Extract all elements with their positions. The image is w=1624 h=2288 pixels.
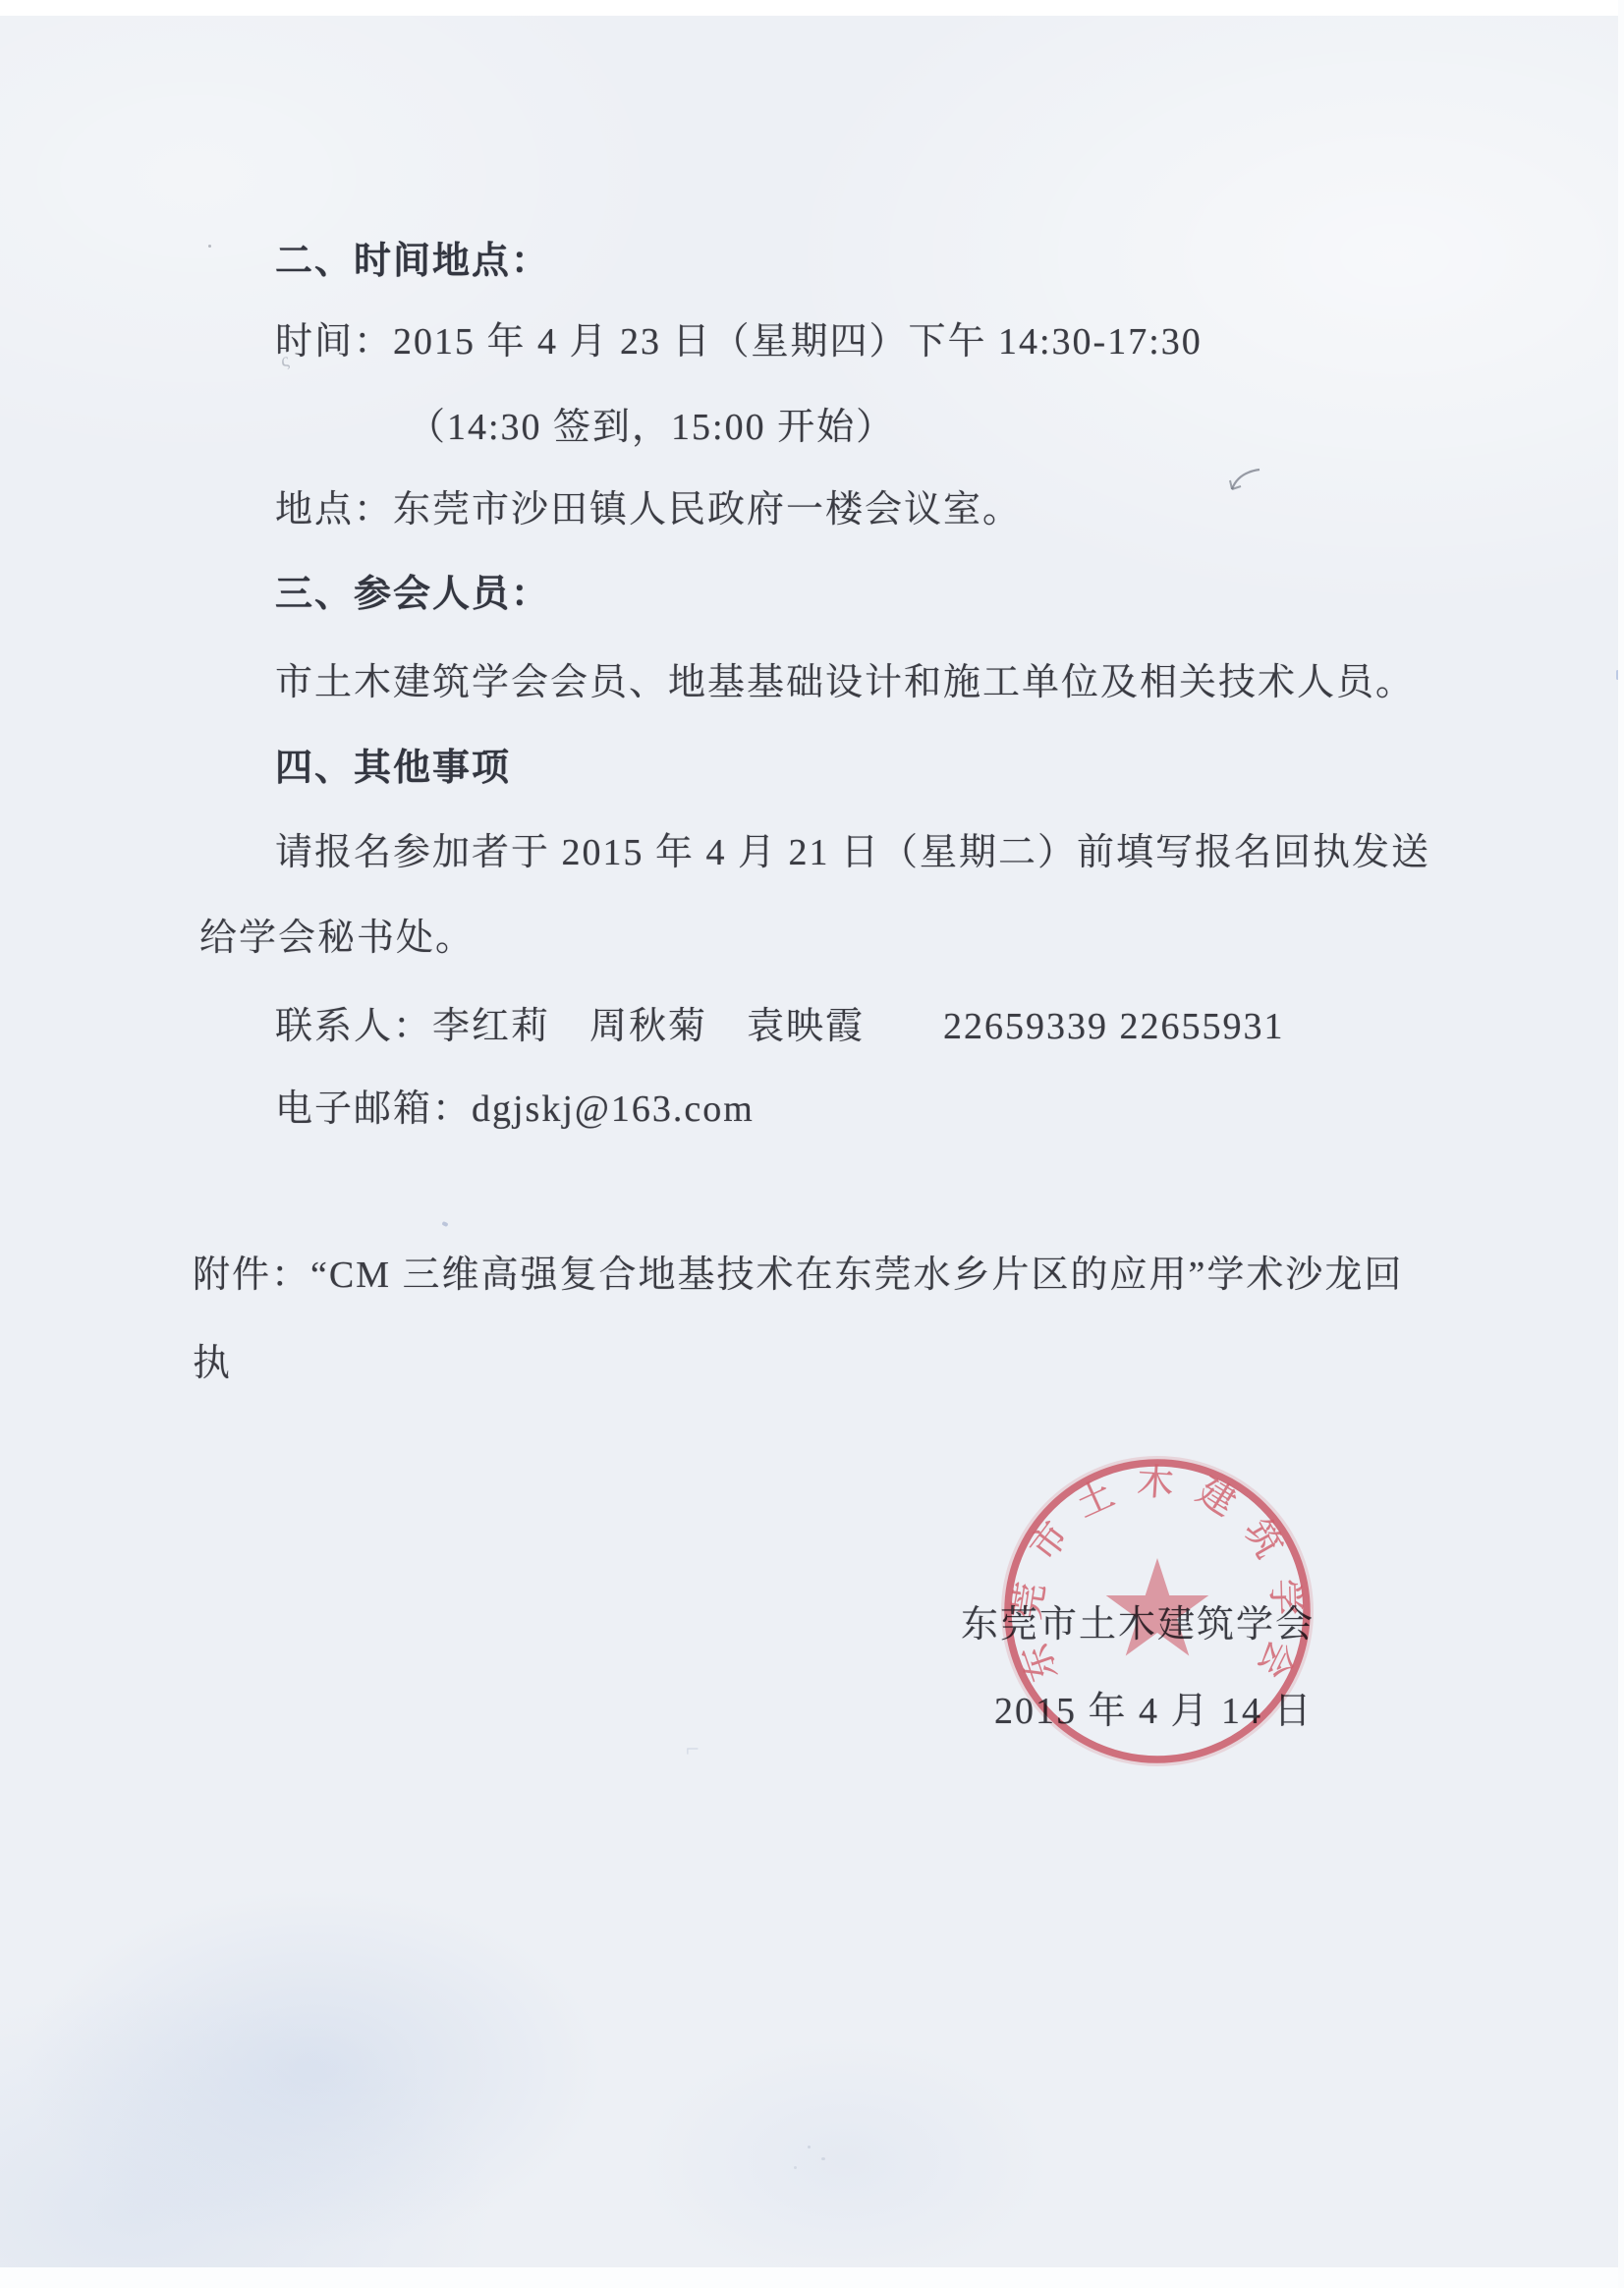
scan-artifact-speck	[208, 245, 211, 248]
seal-arc-text: 东莞市土木建筑学会	[1006, 1461, 1305, 1702]
section-heading-time-place: 二、时间地点：	[275, 230, 550, 284]
attachment-line-2: 执	[193, 1332, 232, 1386]
scan-edge-bottom	[0, 2267, 1624, 2288]
place-line: 地点：东莞市沙田镇人民政府一楼会议室。	[275, 478, 1022, 532]
time-note-line: （14:30 签到，15:00 开始）	[408, 396, 895, 450]
registration-line-1: 请报名参加者于 2015 年 4 月 21 日（星期二）前填写报名回执发送	[275, 821, 1430, 875]
scan-artifact-mark: ⌐	[686, 1737, 700, 1763]
section-heading-other: 四、其他事项	[275, 737, 511, 791]
scan-edge-top	[0, 0, 1624, 16]
scan-edge-right	[1618, 0, 1624, 2288]
attendees-line: 市土木建筑学会会员、地基基础设计和施工单位及相关技术人员。	[275, 651, 1415, 705]
time-line: 时间：2015 年 4 月 23 日（星期四）下午 14:30-17:30	[275, 310, 1203, 364]
scan-artifact-speck	[794, 2166, 797, 2169]
signature-organization: 东莞市土木建筑学会	[961, 1593, 1315, 1647]
scan-artifact-speck	[808, 2146, 811, 2148]
attachment-line-1: 附件：“CM 三维高强复合地基技术在东莞水乡片区的应用”学术沙龙回	[193, 1244, 1403, 1298]
section-heading-attendees: 三、参会人员：	[275, 563, 550, 617]
email-line: 电子邮箱：dgjskj@163.com	[275, 1078, 755, 1132]
scanned-document-page: 二、时间地点： 时间：2015 年 4 月 23 日（星期四）下午 14:30-…	[0, 0, 1624, 2288]
registration-line-2: 给学会秘书处。	[199, 907, 475, 961]
scan-artifact-pen-hook	[1218, 457, 1277, 501]
signature-date: 2015 年 4 月 14 日	[994, 1680, 1314, 1734]
contacts-line: 联系人：李红莉 周秋菊 袁映霞 22659339 22655931	[275, 995, 1285, 1049]
scan-artifact-speck	[821, 2157, 825, 2160]
scan-artifact-speck	[441, 1221, 448, 1227]
